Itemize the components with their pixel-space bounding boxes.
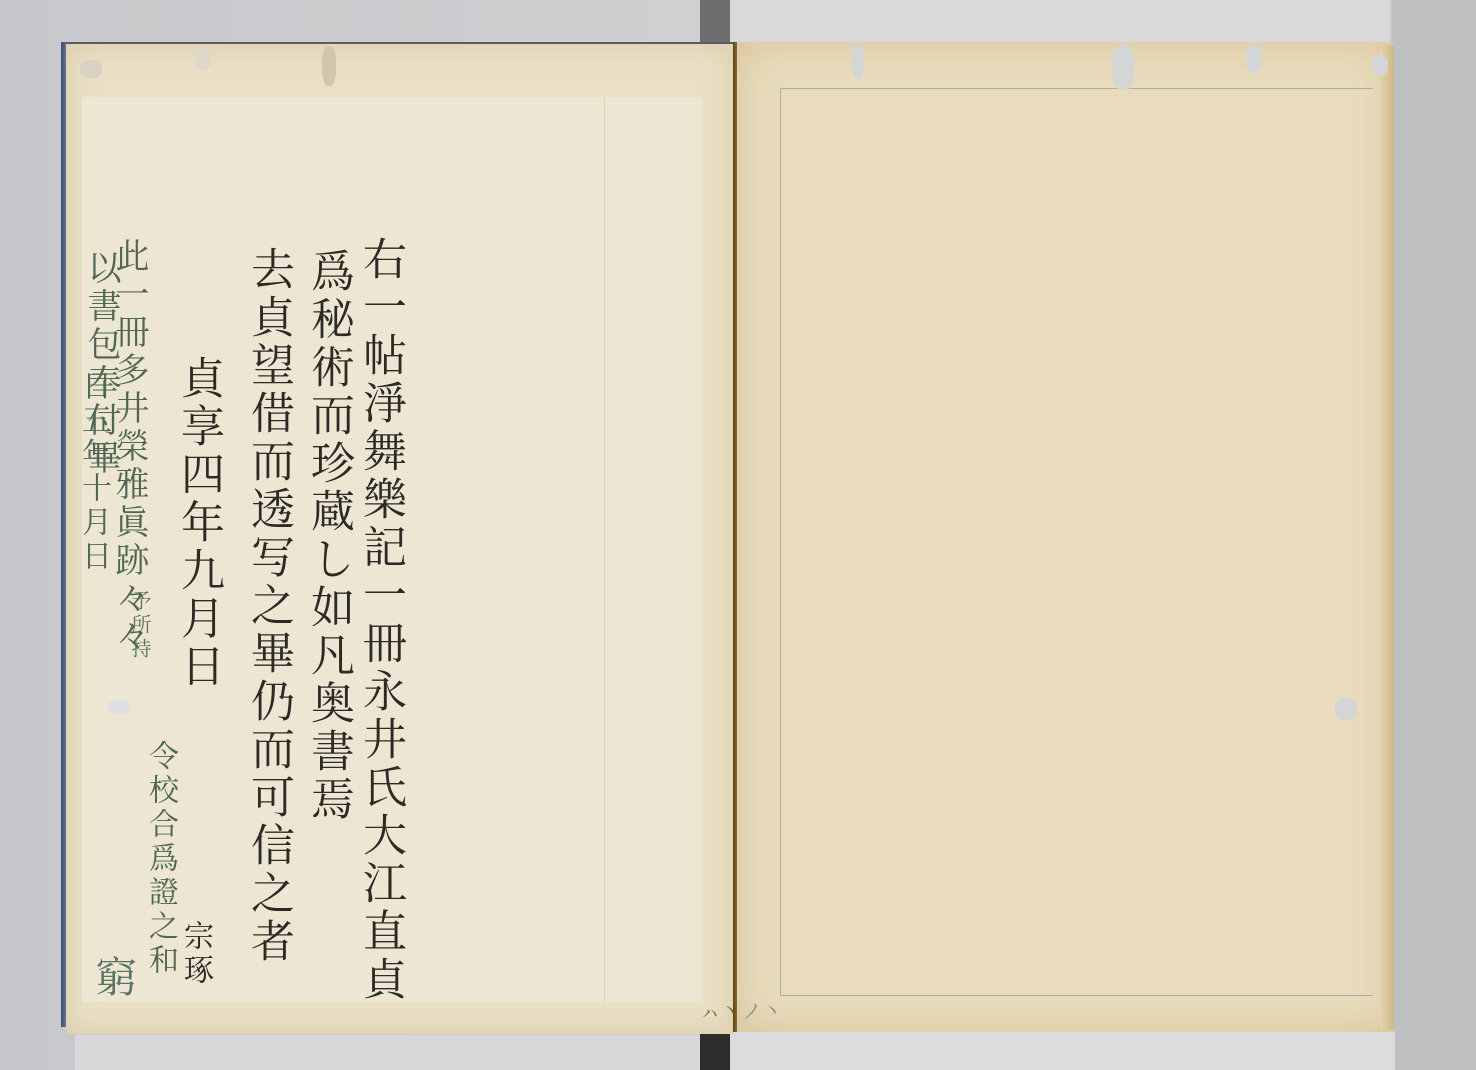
backdrop-spine-top	[700, 0, 730, 45]
backdrop-bottom-left	[75, 1035, 700, 1070]
green-column-3: 日五年十月日	[78, 370, 108, 574]
wormhole	[1372, 55, 1388, 75]
text-column-3: 去貞望借而透写之畢仍而可信之者	[246, 246, 290, 966]
backdrop-right	[1392, 0, 1476, 1070]
text-column-1: 右一帖淨舞樂記一冊永井氏大江直貞	[358, 236, 402, 1004]
wormhole	[80, 60, 102, 78]
fold-line	[604, 97, 605, 1002]
wormhole	[195, 48, 211, 70]
green-tail: 令校合爲證之和	[145, 740, 175, 978]
page-mark-right: ノ丶	[742, 995, 782, 1024]
seal-glyph: 窮	[92, 955, 134, 1001]
ruled-frame	[780, 88, 1373, 996]
text-column-2: 爲秘術而珍蔵し如凡奥書焉	[306, 248, 350, 824]
backdrop-spine-bottom	[700, 1030, 730, 1070]
page-stack-edge	[1380, 45, 1394, 1030]
backdrop-top-right	[730, 0, 1390, 45]
date-column: 貞享四年九月日	[176, 355, 220, 691]
wormhole	[1335, 698, 1357, 720]
wormhole	[108, 700, 130, 714]
backdrop-bottom-right	[730, 1032, 1395, 1070]
signature: 宗琢	[180, 920, 210, 988]
wormhole	[322, 46, 336, 86]
page-mark-left: ㇵ丶	[700, 995, 740, 1024]
wormhole	[852, 45, 864, 79]
wormhole	[1112, 45, 1134, 90]
wormhole	[1246, 45, 1262, 73]
